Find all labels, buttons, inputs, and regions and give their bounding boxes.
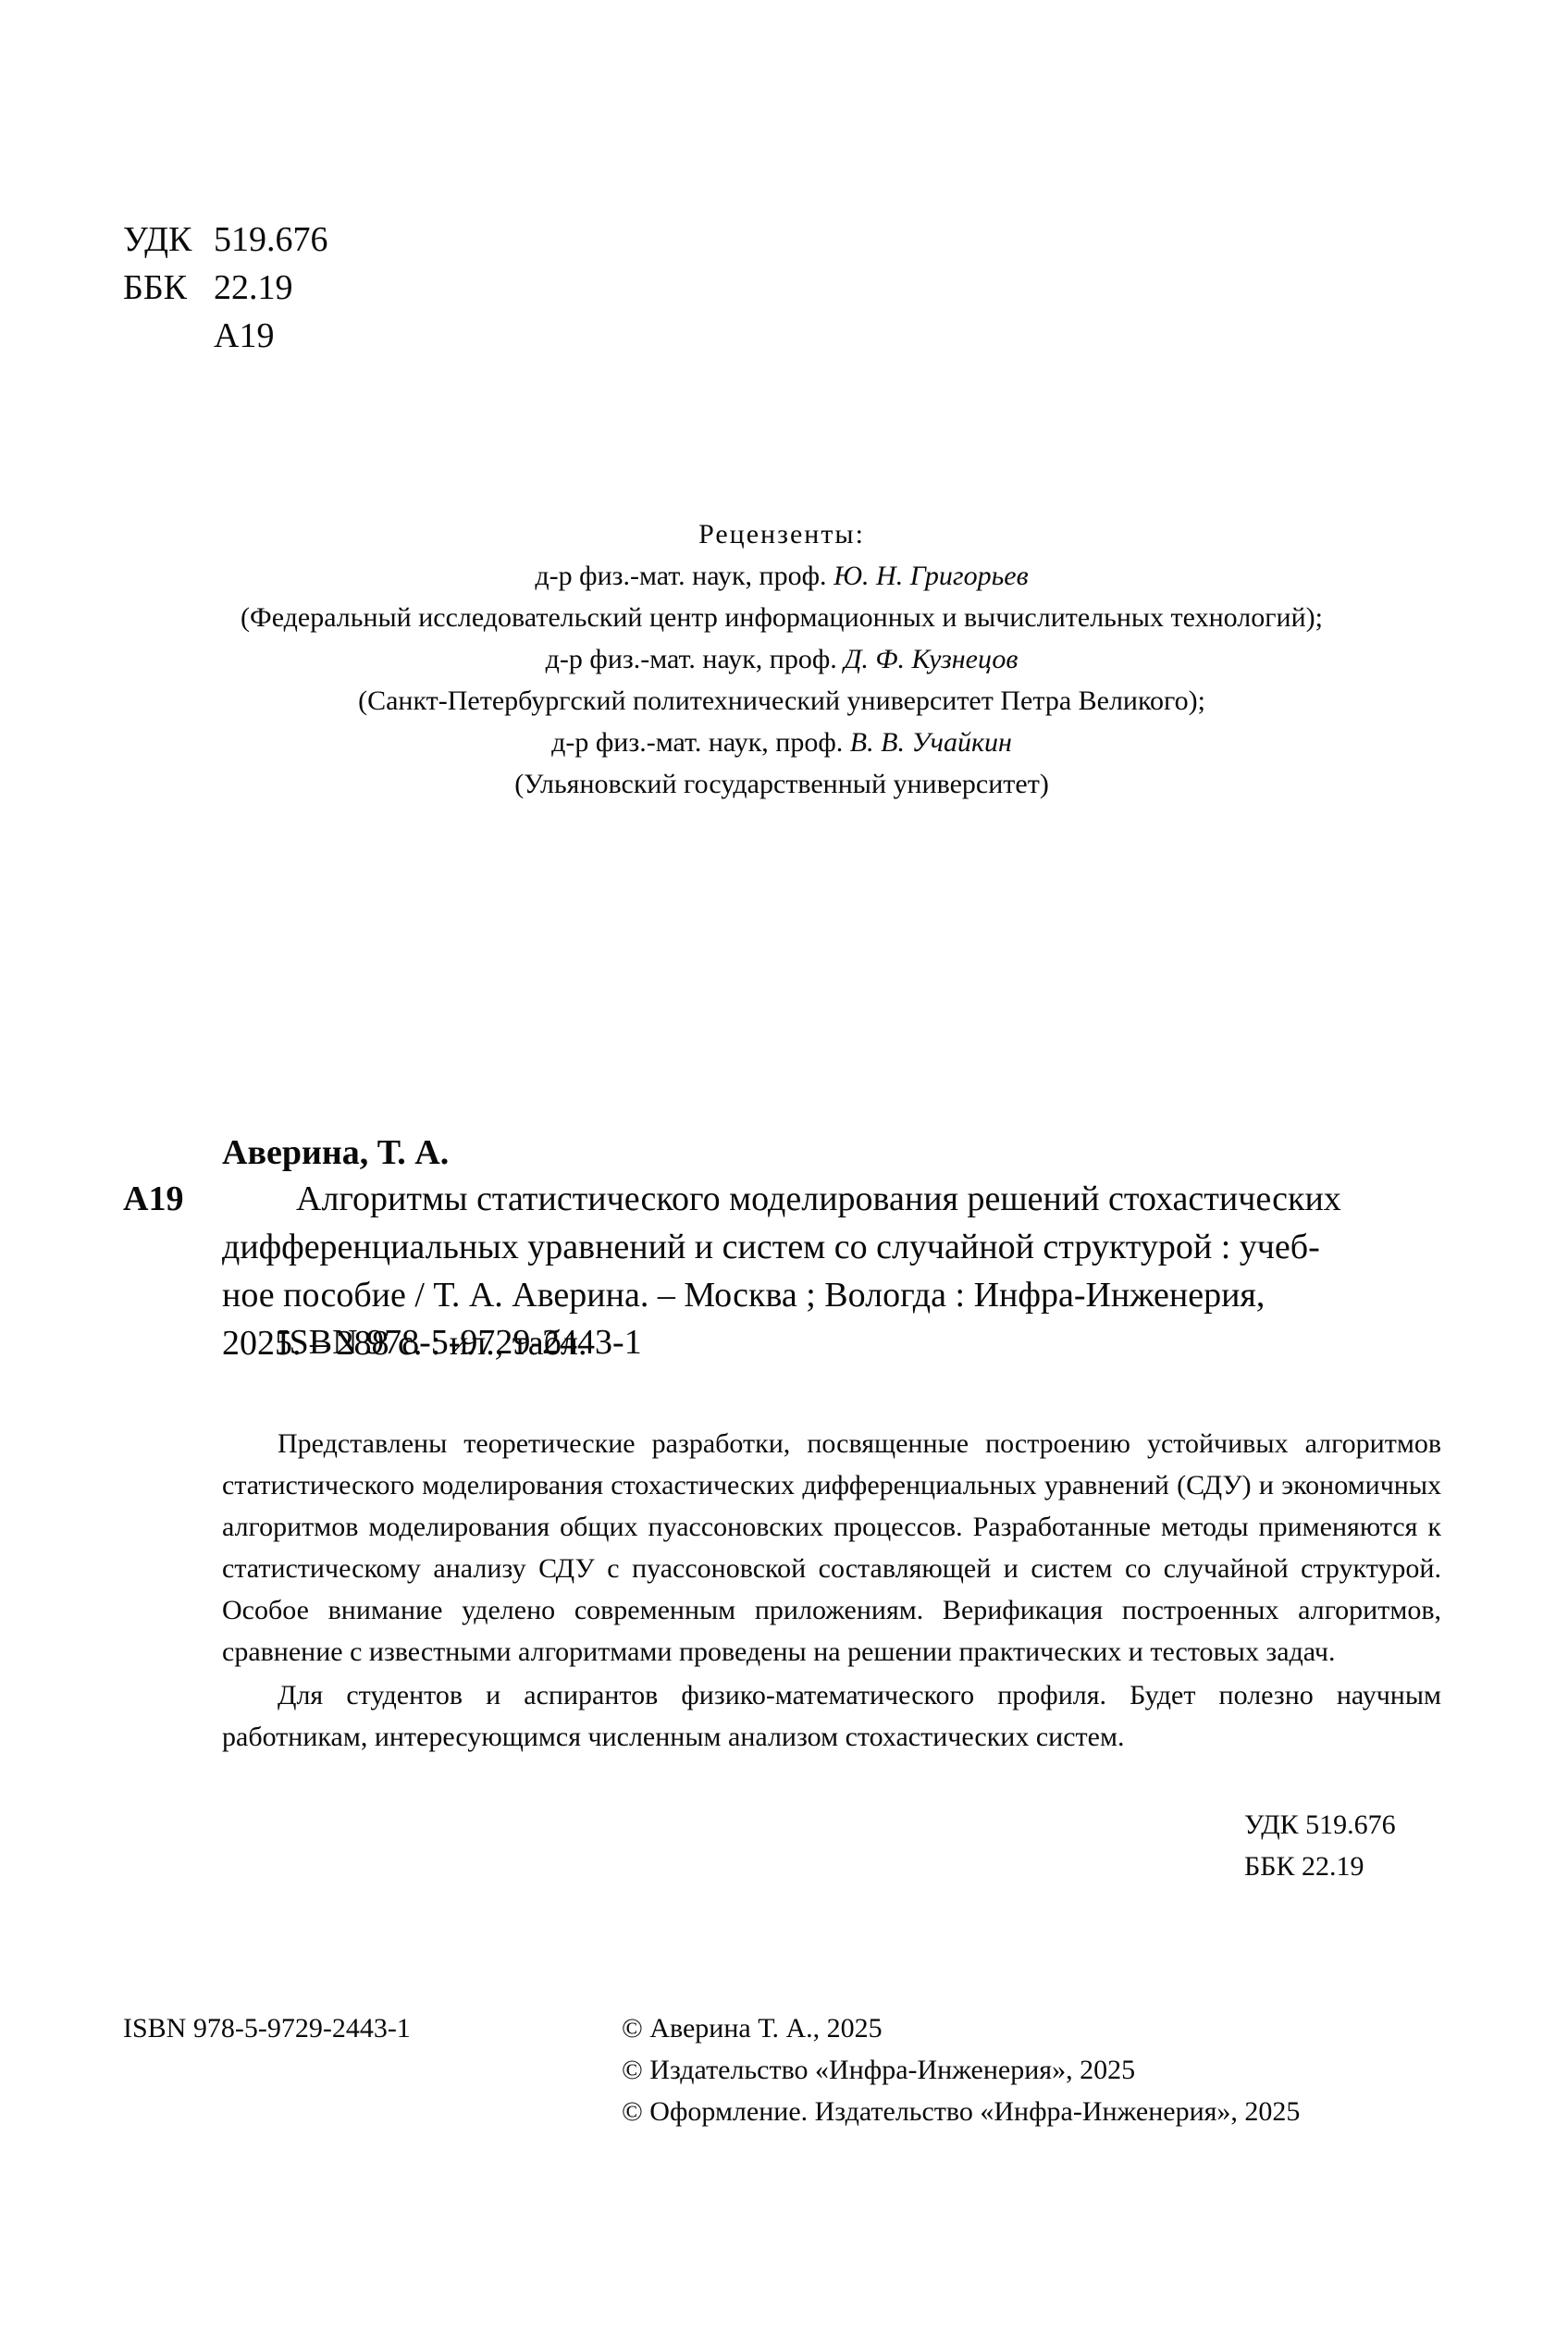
biblio-line: дифференциальных уравнений и систем со с…	[222, 1223, 1441, 1271]
copyright-design: © Оформление. Издательство «Инфра-Инжене…	[622, 2091, 1300, 2132]
biblio-author-sign: А19	[123, 1175, 183, 1223]
reviewer-1: д-р физ.-мат. наук, проф. Ю. Н. Григорье…	[130, 555, 1434, 597]
annotation: Представлены теоретические разработки, п…	[222, 1423, 1441, 1760]
classification-top: УДК519.676 ББК22.19 А19	[123, 216, 328, 360]
reviewer-2: д-р физ.-мат. наук, проф. Д. Ф. Кузнецов	[130, 638, 1434, 680]
copyright-block: © Аверина Т. А., 2025 © Издательство «Ин…	[622, 2007, 1300, 2132]
bbk-value: 22.19	[214, 268, 293, 307]
annotation-paragraph: Представлены теоретические разработки, п…	[222, 1423, 1441, 1673]
reviewer-degree: д-р физ.-мат. наук, проф.	[551, 727, 843, 758]
biblio-line: ное пособие / Т. А. Аверина. – Москва ; …	[222, 1271, 1441, 1319]
reviewer-degree: д-р физ.-мат. наук, проф.	[546, 644, 837, 674]
reviewer-3: д-р физ.-мат. наук, проф. В. В. Учайкин	[130, 722, 1434, 763]
reviewers-heading: Рецензенты:	[130, 513, 1434, 555]
bbk-label: ББК	[123, 264, 214, 312]
reviewer-affiliation: (Ульяновский государственный университет…	[130, 763, 1434, 805]
author-sign-row: А19	[123, 312, 328, 360]
author-sign: А19	[214, 316, 274, 355]
biblio-line: Алгоритмы статистического моделирования …	[222, 1175, 1441, 1223]
copyright-publisher: © Издательство «Инфра-Инженерия», 2025	[622, 2049, 1300, 2091]
udk-value: 519.676	[214, 220, 328, 259]
reviewer-name: Д. Ф. Кузнецов	[844, 644, 1018, 674]
reviewers-block: Рецензенты: д-р физ.-мат. наук, проф. Ю.…	[130, 513, 1434, 805]
udk-row: УДК519.676	[123, 216, 328, 264]
annotation-paragraph: Для студентов и аспирантов физико-матема…	[222, 1674, 1441, 1758]
reviewer-degree: д-р физ.-мат. наук, проф.	[535, 561, 826, 591]
reviewer-name: Ю. Н. Григорьев	[833, 561, 1029, 591]
biblio-author: Аверина, Т. А.	[222, 1129, 449, 1177]
biblio-isbn: ISBN 978-5-9729-2443-1	[278, 1318, 642, 1366]
udk-bottom: УДК 519.676	[1244, 1804, 1396, 1846]
bbk-row: ББК22.19	[123, 264, 328, 312]
reviewer-name: В. В. Учайкин	[850, 727, 1012, 758]
udk-label: УДК	[123, 216, 214, 264]
reviewer-affiliation: (Федеральный исследовательский центр инф…	[130, 597, 1434, 638]
reviewer-affiliation: (Санкт-Петербургский политехнический уни…	[130, 680, 1434, 722]
copyright-author: © Аверина Т. А., 2025	[622, 2007, 1300, 2049]
classification-bottom: УДК 519.676 ББК 22.19	[1244, 1804, 1396, 1887]
footer-isbn: ISBN 978-5-9729-2443-1	[123, 2007, 411, 2049]
bbk-bottom: ББК 22.19	[1244, 1846, 1396, 1887]
